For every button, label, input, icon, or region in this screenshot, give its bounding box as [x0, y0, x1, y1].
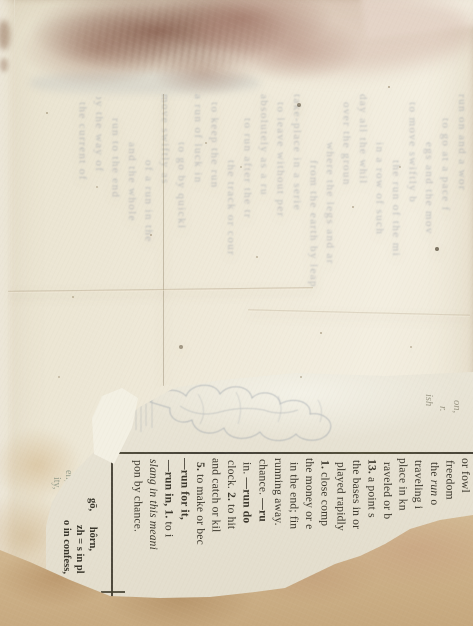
- faded-text-fragment: on,: [449, 400, 463, 452]
- paper-seam: [163, 94, 164, 444]
- ghost-text-column: by the way of: [91, 94, 108, 446]
- faded-text-fragment: ish: [421, 394, 435, 452]
- column-rule-vertical: [111, 452, 113, 598]
- faded-fragments: on,r.ish: [421, 390, 463, 452]
- collage-photo: en;ity, on,r.ish or fowlfreedomthe run o…: [0, 0, 473, 626]
- faded-text-fragment: r.: [435, 406, 449, 452]
- corner-stain-speck: [0, 58, 8, 72]
- column-rule-horizontal: [112, 452, 473, 454]
- ghost-text-column: the current of: [74, 102, 91, 446]
